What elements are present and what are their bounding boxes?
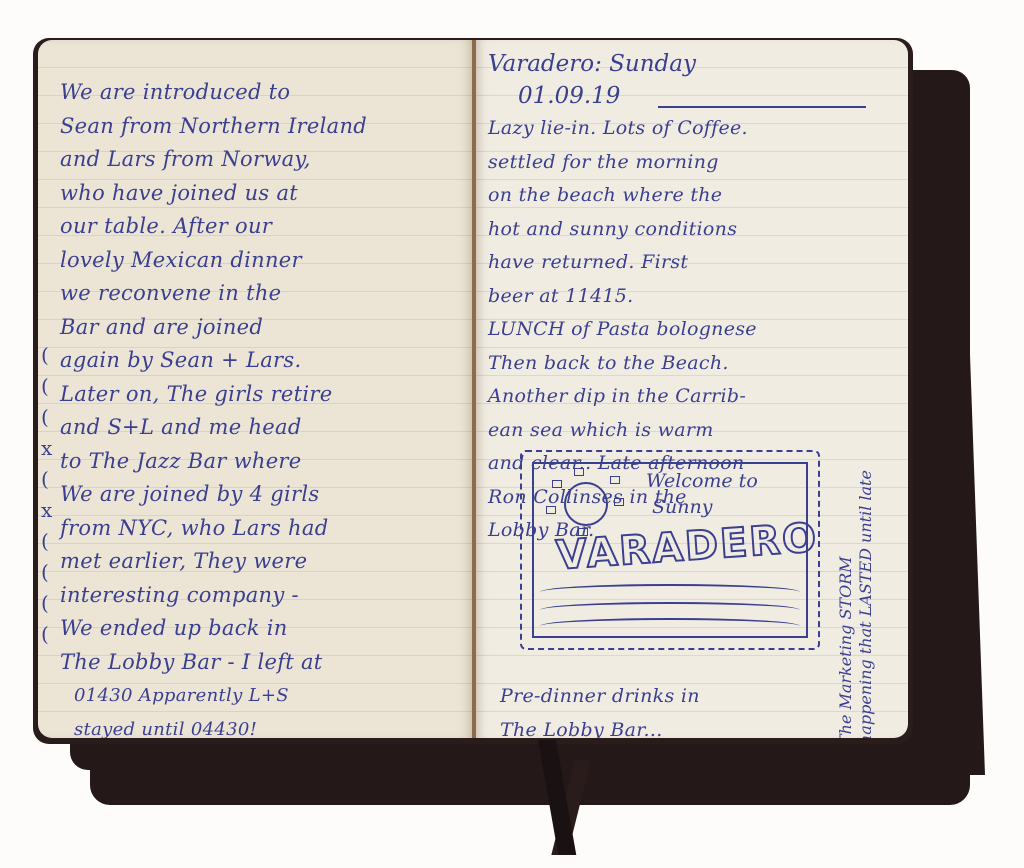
journal-line: Another dip in the Carrib-	[488, 380, 892, 414]
sun-icon	[564, 482, 608, 526]
journal-line: interesting company -	[60, 579, 458, 613]
stamp-varadero-title: VARADERO	[555, 515, 820, 579]
journal-line: who have joined us at	[60, 177, 458, 211]
journal-line: LUNCH of Pasta bolognese	[488, 313, 892, 347]
varadero-stamp-drawing: Welcome to Sunny VARADERO	[520, 450, 820, 650]
sun-ray	[574, 468, 584, 476]
wave-line	[540, 618, 800, 634]
journal-line: hot and sunny conditions	[488, 213, 892, 247]
wave-line	[540, 602, 800, 618]
entry-date: 01.09.19	[488, 80, 892, 112]
sun-ray	[546, 506, 556, 514]
journal-line: and S+L and me head	[60, 411, 458, 445]
right-page-footer: Pre-dinner drinks in The Lobby Bar...	[500, 680, 700, 738]
entry-heading: Varadero: Sunday	[488, 48, 892, 80]
journal-line: beer at 11415.	[488, 280, 892, 314]
stamp-welcome-text: Welcome to	[646, 470, 758, 492]
journal-line: Lazy lie-in. Lots of Coffee.	[488, 112, 892, 146]
journal-line: to The Jazz Bar where	[60, 445, 458, 479]
left-page: (((x(x(((( We are introduced to Sean fro…	[38, 40, 474, 738]
journal-line: our table. After our	[60, 210, 458, 244]
journal-line: we reconvene in the	[60, 277, 458, 311]
journal-line: met earlier, They were	[60, 545, 458, 579]
wave-line	[540, 584, 800, 600]
journal-line: Bar and are joined	[60, 311, 458, 345]
journal-line: stayed until 04430!	[60, 713, 458, 739]
journal-line: have returned. First	[488, 246, 892, 280]
journal-line: 01430 Apparently L+S	[60, 679, 458, 713]
journal-line: and Lars from Norway,	[60, 143, 458, 177]
margin-doodles: (((x(x((((	[41, 340, 52, 650]
journal-line: We are joined by 4 girls	[60, 478, 458, 512]
journal-line: Later on, The girls retire	[60, 378, 458, 412]
side-note-line: happening that LASTED until late	[856, 470, 876, 738]
sun-ray	[610, 476, 620, 484]
entry-date-text: 01.09.19	[518, 83, 620, 109]
notebook-shadow-edge	[905, 75, 985, 775]
left-page-text: We are introduced to Sean from Northern …	[60, 76, 458, 738]
journal-line: The Lobby Bar - I left at	[60, 646, 458, 680]
date-underline	[658, 106, 866, 108]
sun-ray	[614, 498, 624, 506]
stamp-border: Welcome to Sunny VARADERO	[532, 462, 808, 638]
journal-line: Then back to the Beach.	[488, 347, 892, 381]
journal-line: The Lobby Bar...	[500, 714, 700, 739]
journal-line: settled for the morning	[488, 146, 892, 180]
journal-line: ean sea which is warm	[488, 414, 892, 448]
journal-line: again by Sean + Lars.	[60, 344, 458, 378]
journal-line: We ended up back in	[60, 612, 458, 646]
journal-line: Pre-dinner drinks in	[500, 680, 700, 714]
side-note-line: The Marketing STORM	[836, 470, 856, 738]
vertical-side-note: The Marketing STORM happening that LASTE…	[836, 470, 876, 738]
right-page: Varadero: Sunday 01.09.19 Lazy lie-in. L…	[476, 40, 908, 738]
journal-line: lovely Mexican dinner	[60, 244, 458, 278]
sun-ray	[552, 480, 562, 488]
journal-line: from NYC, who Lars had	[60, 512, 458, 546]
journal-line: Sean from Northern Ireland	[60, 110, 458, 144]
journal-line: We are introduced to	[60, 76, 458, 110]
stamp-sunny-text: Sunny	[652, 496, 712, 518]
journal-line: on the beach where the	[488, 179, 892, 213]
